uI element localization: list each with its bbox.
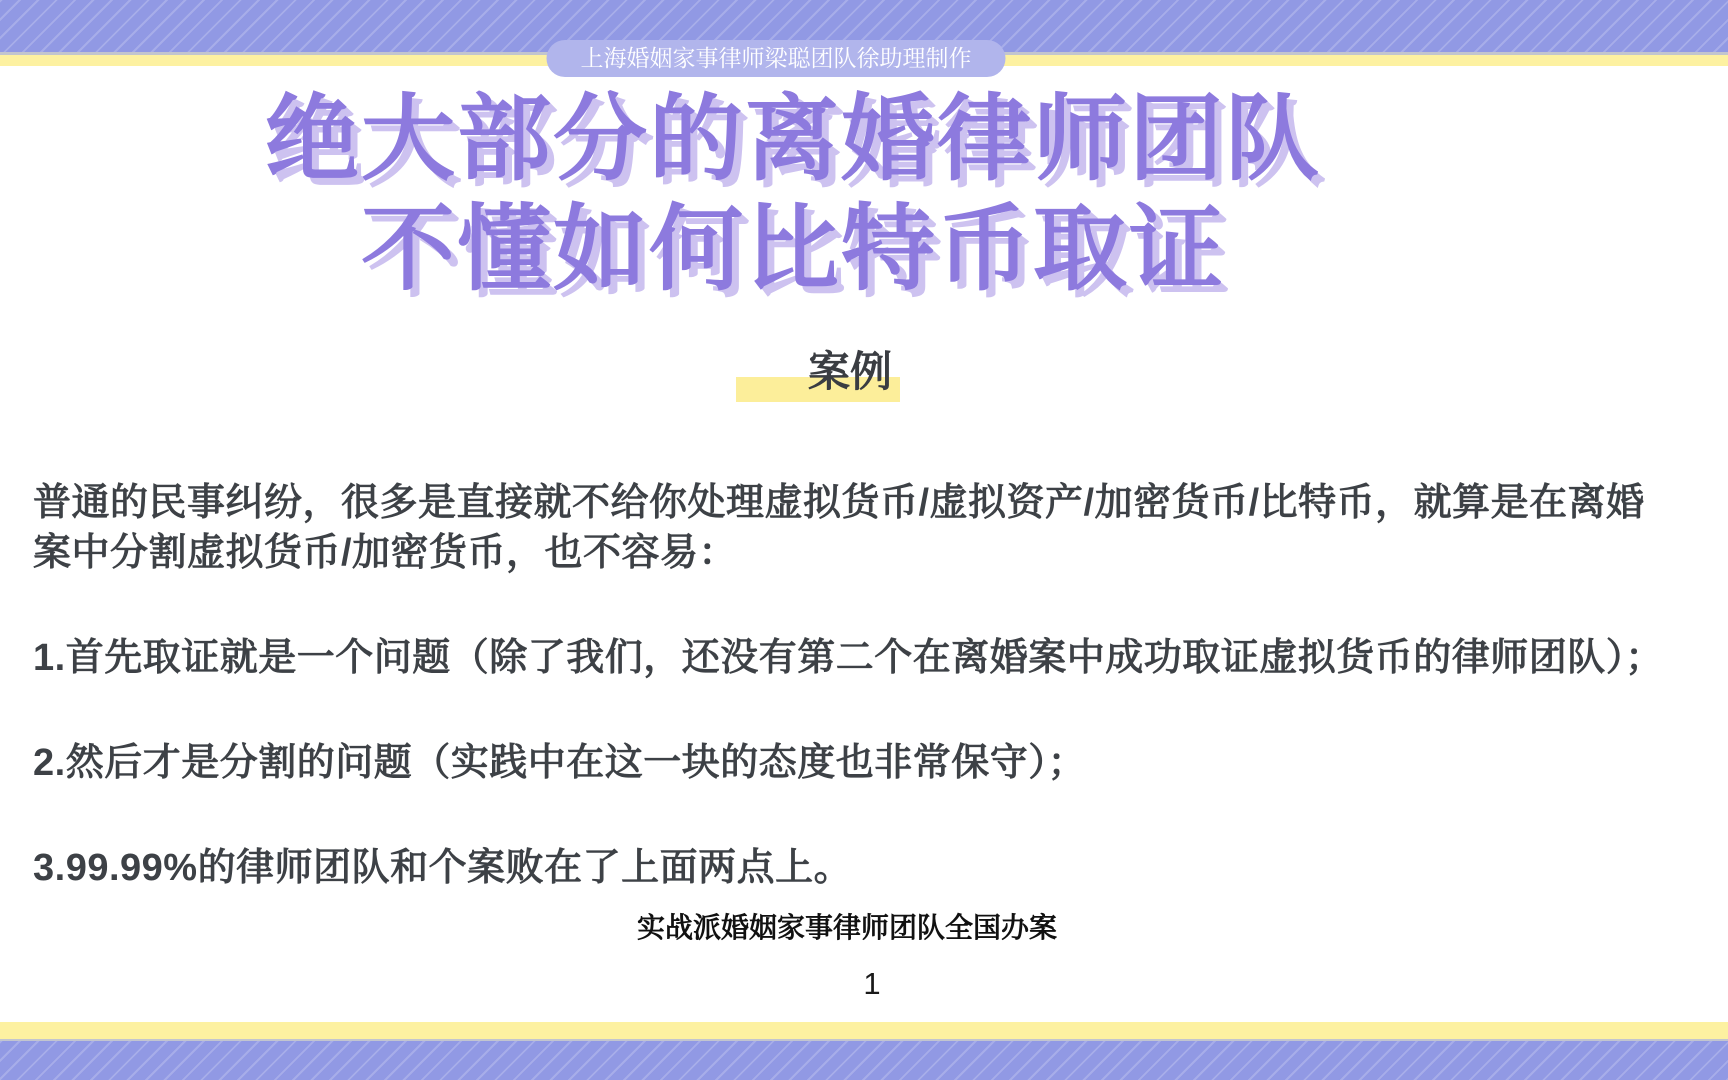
footer-tagline: 实战派婚姻家事律师团队全国办案 bbox=[637, 906, 1057, 946]
page-title-line1: 绝大部分的离婚律师团队 bbox=[0, 84, 1586, 194]
bottom-purple-bar bbox=[0, 1041, 1728, 1080]
slide: 上海婚姻家事律师梁聪团队徐助理制作 绝大部分的离婚律师团队 不懂如何比特币取证 … bbox=[0, 0, 1728, 1080]
section-label-wrap: 案例 bbox=[0, 344, 1636, 402]
bottom-yellow-stripe bbox=[0, 1022, 1728, 1039]
page-title: 绝大部分的离婚律师团队 不懂如何比特币取证 bbox=[0, 84, 1586, 304]
paragraph-point-3: 3.99.99%的律师团队和个案败在了上面两点上。 bbox=[33, 843, 1673, 893]
paragraph-intro: 普通的民事纠纷，很多是直接就不给你处理虚拟货币/虚拟资产/加密货币/比特币，就算… bbox=[33, 478, 1673, 578]
paragraph-point-2: 2.然后才是分割的问题（实践中在这一块的态度也非常保守）； bbox=[33, 738, 1673, 788]
section-label: 案例 bbox=[736, 344, 900, 402]
paragraph-point-1: 1.首先取证就是一个问题（除了我们，还没有第二个在离婚案中成功取证虚拟货币的律师… bbox=[33, 633, 1673, 683]
page-number: 1 bbox=[863, 966, 880, 1002]
page-title-line2: 不懂如何比特币取证 bbox=[0, 194, 1586, 304]
body-text: 普通的民事纠纷，很多是直接就不给你处理虚拟货币/虚拟资产/加密货币/比特币，就算… bbox=[33, 478, 1673, 893]
author-badge: 上海婚姻家事律师梁聪团队徐助理制作 bbox=[547, 40, 1006, 77]
